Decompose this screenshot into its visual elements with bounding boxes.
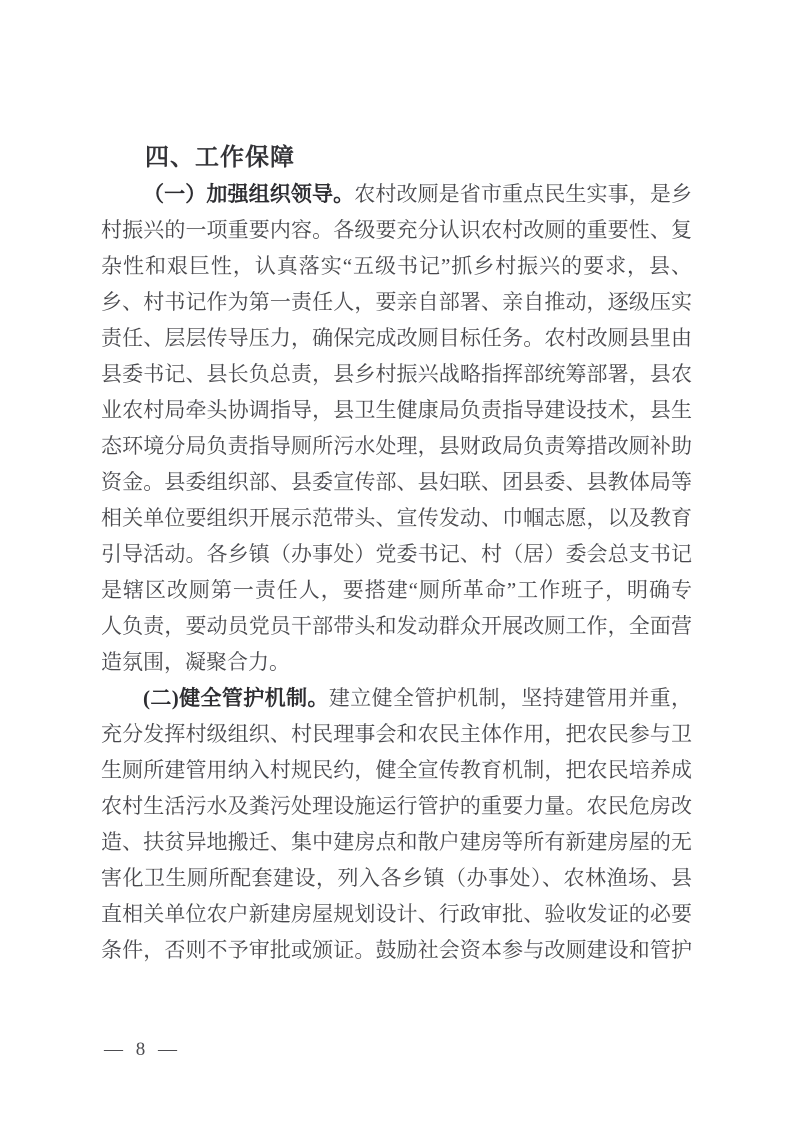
section-heading: 四、工作保障 xyxy=(101,140,692,176)
page-number: — 8 — xyxy=(104,1036,181,1064)
para1-line-12: 是辖区改厕第一责任人，要搭建“厕所革命”工作班子，明确专 xyxy=(101,572,692,608)
para1-line-13: 人负责，要动员党员干部带头和发动群众开展改厕工作，全面营 xyxy=(101,608,692,644)
para2-line-08: 条件，否则不予审批或颁证。鼓励社会资本参与改厕建设和管护 xyxy=(101,932,692,968)
para2-first-line-text: 建立健全管护机制，坚持建管用并重， xyxy=(329,686,692,710)
para2-line-06: 害化卫生厕所配套建设，列入各乡镇（办事处）、农林渔场、县 xyxy=(101,860,692,896)
para1-line-05: 责任、层层传导压力，确保完成改厕目标任务。农村改厕县里由 xyxy=(101,320,692,356)
para2-first-line: (二)健全管护机制。建立健全管护机制，坚持建管用并重， xyxy=(101,680,692,716)
para2-line-04: 农村生活污水及粪污处理设施运行管护的重要力量。农民危房改 xyxy=(101,788,692,824)
para1-line-03: 杂性和艰巨性，认真落实“五级书记”抓乡村振兴的要求，县、 xyxy=(101,248,692,284)
para2-line-03: 生厕所建管用纳入村规民约，健全宣传教育机制，把农民培养成 xyxy=(101,752,692,788)
para1-last-line: 造氛围，凝聚合力。 xyxy=(101,644,692,680)
para1-line-04: 乡、村书记作为第一责任人，要亲自部署、亲自推动，逐级压实 xyxy=(101,284,692,320)
para1-lead: （一）加强组织领导。 xyxy=(143,182,354,206)
para2-line-07: 直相关单位农户新建房屋规划设计、行政审批、验收发证的必要 xyxy=(101,896,692,932)
para1-line-02: 村振兴的一项重要内容。各级要充分认识农村改厕的重要性、复 xyxy=(101,212,692,248)
para2-lead: (二)健全管护机制。 xyxy=(143,686,329,710)
para1-line-09: 资金。县委组织部、县委宣传部、县妇联、团县委、县教体局等 xyxy=(101,464,692,500)
para1-line-11: 引导活动。各乡镇（办事处）党委书记、村（居）委会总支书记 xyxy=(101,536,692,572)
para1-line-10: 相关单位要组织开展示范带头、宣传发动、巾帼志愿，以及教育 xyxy=(101,500,692,536)
scanned-document-page: 四、工作保障 （一）加强组织领导。农村改厕是省市重点民生实事，是乡 村振兴的一项… xyxy=(0,0,793,1121)
para1-first-line-text: 农村改厕是省市重点民生实事，是乡 xyxy=(354,182,692,206)
para1-line-08: 态环境分局负责指导厕所污水处理，县财政局负责筹措改厕补助 xyxy=(101,428,692,464)
para1-line-07: 业农村局牵头协调指导，县卫生健康局负责指导建设技术，县生 xyxy=(101,392,692,428)
para1-first-line: （一）加强组织领导。农村改厕是省市重点民生实事，是乡 xyxy=(101,176,692,212)
para2-line-02: 充分发挥村级组织、村民理事会和农民主体作用，把农民参与卫 xyxy=(101,716,692,752)
para2-line-05: 造、扶贫异地搬迁、集中建房点和散户建房等所有新建房屋的无 xyxy=(101,824,692,860)
para1-line-06: 县委书记、县长负总责，县乡村振兴战略指挥部统筹部署，县农 xyxy=(101,356,692,392)
document-text-block: 四、工作保障 （一）加强组织领导。农村改厕是省市重点民生实事，是乡 村振兴的一项… xyxy=(101,140,692,968)
